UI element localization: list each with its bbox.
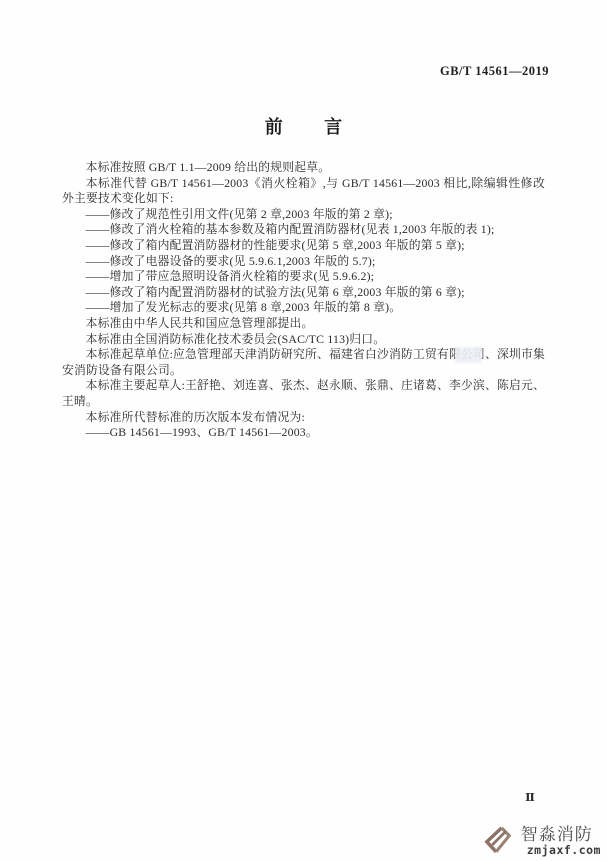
page-title: 前言 [265,113,384,139]
change-item: ——修改了电器设备的要求(见 5.9.6.1,2003 年版的 5.7); [62,254,545,270]
change-item: ——GB 14561—1993、GB/T 14561—2003。 [62,425,545,441]
change-item: ——增加了发光标志的要求(见第 8 章,2003 年版的第 8 章)。 [62,300,545,316]
zhimiao-logo-icon [483,823,517,859]
change-item: ——修改了箱内配置消防器材的性能要求(见第 5 章,2003 年版的第 5 章)… [62,238,545,254]
paragraph: 本标准按照 GB/T 1.1—2009 给出的规则起草。 [62,160,545,176]
change-item: ——修改了消火栓箱的基本参数及箱内配置消防器材(见表 1,2003 年版的表 1… [62,222,545,238]
change-item: ——修改了箱内配置消防器材的试验方法(见第 6 章,2003 年版的第 6 章)… [62,285,545,301]
title-row: 前言 [0,113,607,139]
watermark-site: zmjaxf.com [527,845,601,857]
document-page: GB/T 14561—2019 前言 本标准按照 GB/T 1.1—2009 给… [0,0,607,861]
change-item: ——修改了规范性引用文件(见第 2 章,2003 年版的第 2 章); [62,207,545,223]
paragraph: 本标准所代替标准的历次版本发布情况为: [62,410,545,426]
page-number: Ⅱ [516,790,544,804]
paragraph: 本标准由全国消防标准化技术委员会(SAC/TC 113)归口。 [62,332,545,348]
change-item: ——增加了带应急照明设备消火栓箱的要求(见 5.9.6.2); [62,269,545,285]
paragraph: 本标准代替 GB/T 14561—2003《消火栓箱》,与 GB/T 14561… [62,176,545,207]
document-body: 本标准按照 GB/T 1.1—2009 给出的规则起草。本标准代替 GB/T 1… [62,160,545,441]
scan-artifact [455,347,482,363]
standard-number: GB/T 14561—2019 [440,64,549,79]
watermark-name: 智淼消防 [521,826,601,843]
paragraph: 本标准主要起草人:王舒艳、刘连喜、张杰、赵永顺、张鼎、庄诸葛、李少滨、陈启元、王… [62,378,545,409]
watermark: 智淼消防 zmjaxf.com [483,823,601,859]
paragraph: 本标准由中华人民共和国应急管理部提出。 [62,316,545,332]
watermark-texts: 智淼消防 zmjaxf.com [521,826,601,857]
